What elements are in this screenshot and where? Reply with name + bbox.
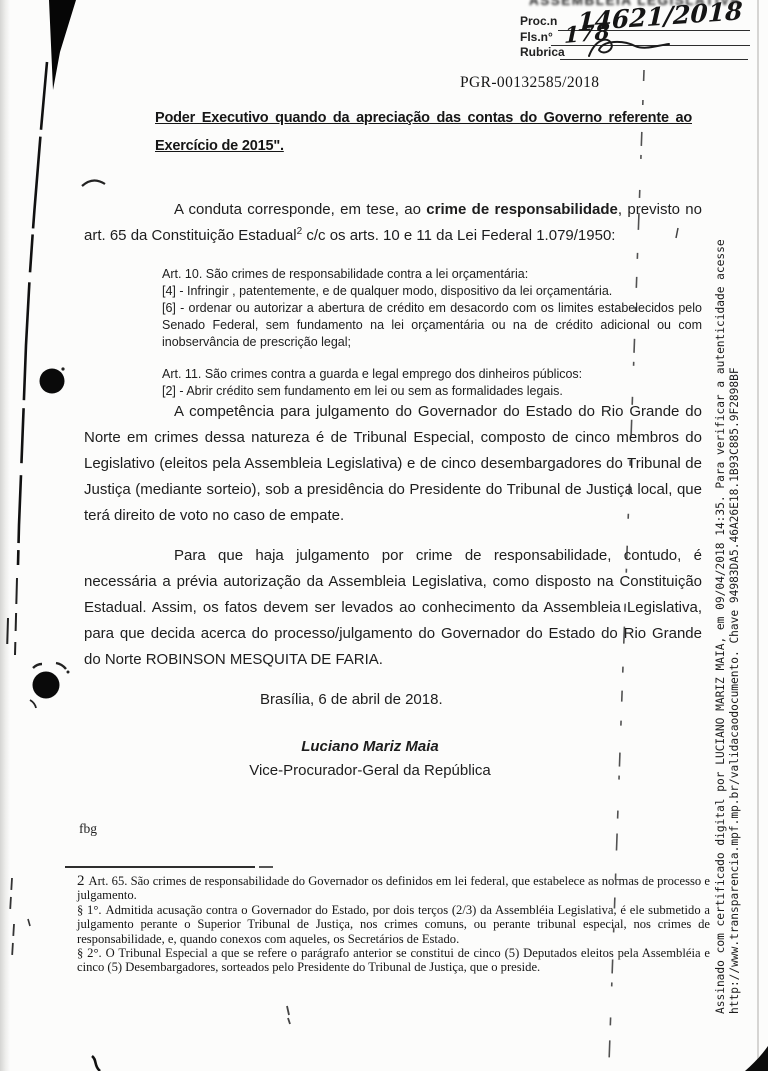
scratch-mark bbox=[82, 180, 105, 186]
speck-curl bbox=[30, 700, 36, 708]
bottom-squiggle-mark bbox=[92, 1056, 100, 1071]
scan-left-line-lower bbox=[7, 578, 17, 655]
scan-left-marks bbox=[10, 878, 14, 958]
scan-artifacts-overlay bbox=[0, 0, 768, 1071]
speck-arc bbox=[33, 663, 66, 669]
comma-mark bbox=[28, 919, 30, 926]
punch-hole-mark-2 bbox=[33, 672, 60, 699]
apostrophe-artifact bbox=[676, 228, 678, 238]
speck bbox=[61, 367, 64, 370]
scanned-document-page: ASSEMBLÉIA LEGISLATIVA Proc.n 14621/2018… bbox=[0, 0, 768, 1071]
bottom-corner-wedge bbox=[745, 1046, 768, 1071]
stray-dash-mark bbox=[287, 1006, 290, 1024]
fold-crease-line bbox=[609, 70, 644, 1063]
speck bbox=[67, 671, 70, 674]
scan-left-line bbox=[18, 62, 47, 565]
punch-hole-mark-1 bbox=[40, 369, 65, 394]
scan-corner-wedge bbox=[49, 0, 76, 90]
